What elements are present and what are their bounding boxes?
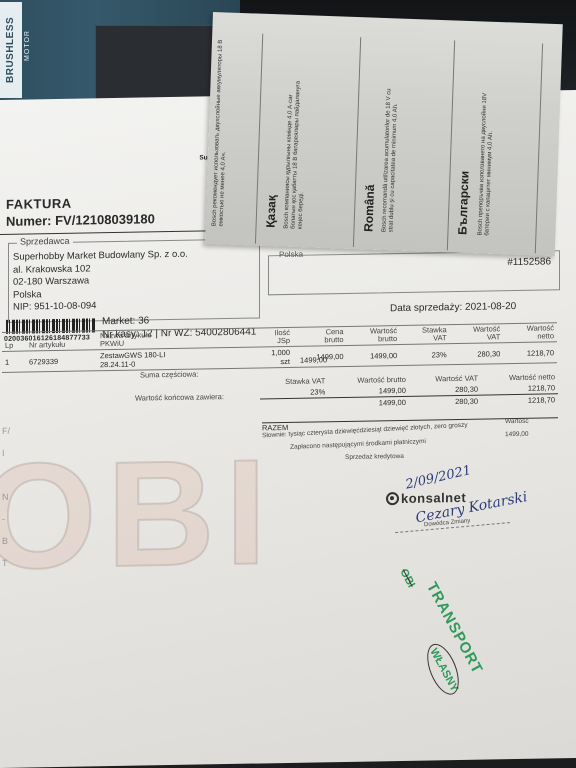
leaflet-text: Bosch компаниясы құрылғыны кемінде 4,0 A… <box>283 79 309 230</box>
item-net: 1218,70 <box>503 342 557 364</box>
leaflet-column-divider <box>447 40 455 250</box>
tool-sub-label: MOTOR <box>24 30 31 61</box>
manual-leaflet: Bosch рекомендует использовать двухслойн… <box>205 12 563 256</box>
total-vat: 280,30 <box>409 395 481 408</box>
tool-brand-label: BRUSHLESS <box>0 2 22 98</box>
col-vat-value: WartośćVAT <box>450 324 504 344</box>
signature-date: 2/09/2021 <box>404 463 472 493</box>
leaflet-heading: Қазақ <box>263 195 278 228</box>
konsalnet-logo-icon <box>386 492 399 505</box>
market-number: Market: 36 <box>102 315 149 327</box>
total-net: 1218,70 <box>481 394 558 407</box>
col-article-no: Nr artykułu <box>26 331 97 351</box>
tool-panel <box>95 25 222 102</box>
col-qty: IlośćJSp <box>253 327 293 347</box>
item-name: ZestawGWS 180-LI28.24.11-0 <box>97 347 253 371</box>
invoice-number: Numer: FV/12108039180 <box>6 211 155 229</box>
leaflet-edge-text: Bosch рекомендует использовать двухслойн… <box>212 26 233 226</box>
subtotal-label: Suma częściowa: <box>140 370 198 380</box>
col-net: Wartośćnetto <box>503 323 557 343</box>
leaflet-text: Bosch препоръчва използването на двуслой… <box>477 85 496 235</box>
vat-summary-table: Stawka VAT Wartość brutto Wartość VAT Wa… <box>260 372 558 410</box>
obi-watermark: OBI <box>0 425 277 603</box>
col-lp: Lp <box>2 332 26 351</box>
col-gross: Wartośćbrutto <box>347 326 401 346</box>
stamp-crossed-obi: OBI <box>397 567 417 590</box>
leaflet-column-divider <box>535 44 543 254</box>
margin-marks: F/IN-BT <box>2 420 10 574</box>
item-gross: 1499,00 <box>347 345 401 367</box>
item-lp: 1 <box>2 351 26 372</box>
final-value-label: Wartość końcowa zawiera: <box>135 392 224 403</box>
col-vat-rate: StawkaVAT <box>400 325 449 345</box>
paid-value: 1499,00 <box>505 431 529 438</box>
items-table: Lp Nr artykułu Nazwa artykułuPKWiU Ilość… <box>2 322 557 373</box>
item-article-no: 6729339 <box>26 350 97 372</box>
payment-method: Sprzedaż kredytowa <box>345 453 404 461</box>
col-unit-price: Cenabrutto <box>293 326 347 346</box>
item-vat-value: 280,30 <box>450 343 504 365</box>
seller-details: Superhobby Market Budowlany Sp. z o.o. a… <box>13 249 188 315</box>
leaflet-column-divider <box>353 37 361 247</box>
sale-date: Data sprzedaży: 2021-08-20 <box>390 301 516 314</box>
buyer-country: Polska <box>279 250 303 259</box>
item-qty: 1,000szt <box>253 346 293 368</box>
subtotal-value: 1499,00 <box>300 355 327 364</box>
seller-box: Sprzedawca Superhobby Market Budowlany S… <box>8 238 260 322</box>
item-vat-rate: 23% <box>400 344 449 366</box>
total-gross: 1499,00 <box>328 396 409 409</box>
seller-line: NIP: 951-10-08-094 <box>13 299 188 315</box>
order-number: #1152586 <box>507 256 551 268</box>
paid-value-label: Wartość <box>505 418 529 425</box>
buyer-box: Polska #1152586 <box>268 250 560 295</box>
leaflet-text: Bosch recomandă utilizarea acumulatorilo… <box>381 82 400 232</box>
invoice-title: FAKTURA <box>6 196 72 212</box>
leaflet-heading: Български <box>455 171 471 236</box>
leaflet-column-divider <box>255 34 263 244</box>
power-tool-body: BRUSHLESS MOTOR <box>0 0 240 104</box>
leaflet-heading: Română <box>361 184 377 232</box>
seller-legend: Sprzedawca <box>17 236 73 247</box>
paid-with-label: Zapłacono następującymi środkami płatnic… <box>290 438 426 451</box>
